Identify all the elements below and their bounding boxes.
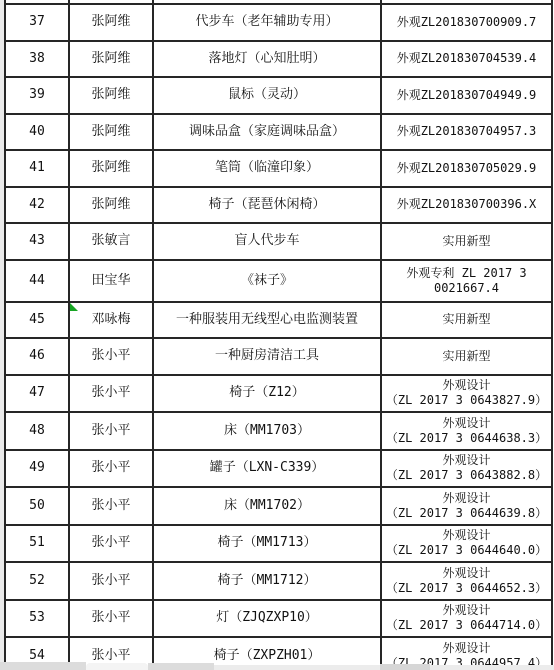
cell-no[interactable]: 49 (5, 450, 69, 488)
patent-table-body: 37 张阿维 代步车（老年辅助专用） 外观ZL201830700909.7 38… (5, 0, 552, 670)
name-text: 张阿维 (91, 14, 130, 29)
patent-text-line1: 外观ZL201830705029.9 (382, 161, 551, 176)
patent-text-line1: 外观设计 (382, 491, 551, 506)
cell-item[interactable]: 椅子（MM1712） (153, 562, 381, 600)
cell-item[interactable]: 椅子（MM1713） (153, 525, 381, 563)
name-text: 邓咏梅 (91, 312, 130, 327)
table-row: 51 张小平 椅子（MM1713） 外观设计 （ZL 2017 3 064464… (5, 525, 552, 563)
table-row: 53 张小平 灯（ZJQZXP10） 外观设计 （ZL 2017 3 06447… (5, 600, 552, 638)
patent-text-line2: （ZL 2017 3 0644638.3） (382, 431, 551, 446)
table-row: 45 邓咏梅 一种服装用无线型心电监测装置 实用新型 (5, 302, 552, 339)
cell-no[interactable]: 47 (5, 375, 69, 413)
patent-text-line1: 外观ZL201830700909.7 (382, 15, 551, 30)
patent-text-line1: 外观设计 (382, 528, 551, 543)
cell-name[interactable]: 张小平 (69, 450, 153, 488)
cell-item[interactable]: 代步车（老年辅助专用） (153, 4, 381, 41)
cell-name[interactable]: 张小平 (69, 375, 153, 413)
patent-text-line1: 外观ZL201830704539.4 (382, 51, 551, 66)
patent-text-line2: （ZL 2017 3 0644639.8） (382, 506, 551, 521)
bottom-edge-artifact (148, 663, 214, 670)
cell-item[interactable]: 一种厨房清洁工具 (153, 338, 381, 375)
cell-no[interactable]: 39 (5, 77, 69, 114)
name-text: 张阿维 (91, 160, 130, 175)
cell-patent[interactable]: 外观设计 （ZL 2017 3 0644640.0） (381, 525, 552, 563)
cell-item[interactable]: 鼠标（灵动） (153, 77, 381, 114)
patent-text-line1: 外观设计 (382, 641, 551, 656)
patent-text-line1: 实用新型 (382, 349, 551, 364)
name-text: 张小平 (91, 423, 130, 438)
cell-no[interactable]: 37 (5, 4, 69, 41)
table-row: 42 张阿维 椅子（琵琶休闲椅） 外观ZL201830700396.X (5, 187, 552, 224)
cell-name[interactable]: 张阿维 (69, 41, 153, 78)
patent-text-line1: 外观设计 (382, 416, 551, 431)
cell-item[interactable]: 一种服装用无线型心电监测装置 (153, 302, 381, 339)
table-row: 37 张阿维 代步车（老年辅助专用） 外观ZL201830700909.7 (5, 4, 552, 41)
cell-patent[interactable]: 外观ZL201830704957.3 (381, 114, 552, 151)
table-row: 44 田宝华 《袜子》 外观专利 ZL 2017 3 0021667.4 (5, 260, 552, 302)
cell-patent[interactable]: 外观ZL201830704539.4 (381, 41, 552, 78)
patent-text-line2: （ZL 2017 3 0644652.3） (382, 581, 551, 596)
patent-text-line1: 实用新型 (382, 234, 551, 249)
cell-patent[interactable]: 外观设计 （ZL 2017 3 0644652.3） (381, 562, 552, 600)
patent-text-line1: 外观设计 (382, 603, 551, 618)
patent-text-line1: 外观ZL201830704949.9 (382, 88, 551, 103)
patent-text-line1: 外观专利 ZL 2017 3 (382, 266, 551, 281)
cell-patent[interactable]: 外观设计 （ZL 2017 3 0644638.3） (381, 412, 552, 450)
cell-item[interactable]: 床（MM1703） (153, 412, 381, 450)
table-row: 38 张阿维 落地灯（心知肚明） 外观ZL201830704539.4 (5, 41, 552, 78)
table-row: 41 张阿维 笔筒（临潼印象） 外观ZL201830705029.9 (5, 150, 552, 187)
table-row: 50 张小平 床（MM1702） 外观设计 （ZL 2017 3 0644639… (5, 487, 552, 525)
cell-name[interactable]: 田宝华 (69, 260, 153, 302)
cell-name[interactable]: 邓咏梅 (69, 302, 153, 339)
cell-name[interactable]: 张小平 (69, 600, 153, 638)
name-text: 张小平 (91, 498, 130, 513)
cell-patent[interactable]: 外观ZL201830700396.X (381, 187, 552, 224)
name-text: 张阿维 (91, 87, 130, 102)
cell-item[interactable]: 椅子（琵琶休闲椅） (153, 187, 381, 224)
cell-name[interactable]: 张阿维 (69, 150, 153, 187)
bottom-edge-artifact (214, 665, 380, 670)
cell-no[interactable]: 38 (5, 41, 69, 78)
cell-item[interactable]: 罐子（LXN-C339） (153, 450, 381, 488)
cell-no[interactable]: 51 (5, 525, 69, 563)
bottom-edge-artifact (86, 663, 148, 670)
cell-name[interactable]: 张小平 (69, 412, 153, 450)
bottom-edge-artifact (0, 662, 86, 670)
name-text: 张阿维 (91, 124, 130, 139)
table-row: 39 张阿维 鼠标（灵动） 外观ZL201830704949.9 (5, 77, 552, 114)
patent-text-line1: 实用新型 (382, 312, 551, 327)
patent-text-line2: （ZL 2017 3 0643827.9） (382, 393, 551, 408)
name-text: 张小平 (91, 460, 130, 475)
cell-item[interactable]: 床（MM1702） (153, 487, 381, 525)
cell-patent[interactable]: 外观ZL201830705029.9 (381, 150, 552, 187)
table-row: 43 张敏言 盲人代步车 实用新型 (5, 223, 552, 260)
cell-no[interactable]: 42 (5, 187, 69, 224)
patent-text-line1: 外观ZL201830704957.3 (382, 124, 551, 139)
spreadsheet-capture: 37 张阿维 代步车（老年辅助专用） 外观ZL201830700909.7 38… (0, 0, 554, 670)
cell-name[interactable]: 张阿维 (69, 187, 153, 224)
name-text: 张小平 (91, 535, 130, 550)
cell-item[interactable]: 灯（ZJQZXP10） (153, 600, 381, 638)
table-row: 46 张小平 一种厨房清洁工具 实用新型 (5, 338, 552, 375)
patent-text-line2: （ZL 2017 3 0644640.0） (382, 543, 551, 558)
cell-patent[interactable]: 外观ZL201830704949.9 (381, 77, 552, 114)
cell-patent[interactable]: 外观设计 （ZL 2017 3 0644639.8） (381, 487, 552, 525)
name-text: 张小平 (91, 385, 130, 400)
patent-text-line2: （ZL 2017 3 0643882.8） (382, 468, 551, 483)
name-text: 田宝华 (91, 273, 130, 288)
cell-no[interactable]: 46 (5, 338, 69, 375)
cell-patent[interactable]: 外观ZL201830700909.7 (381, 4, 552, 41)
cell-item[interactable]: 椅子（Z12） (153, 375, 381, 413)
cell-patent[interactable]: 实用新型 (381, 302, 552, 339)
cell-patent[interactable]: 外观专利 ZL 2017 3 0021667.4 (381, 260, 552, 302)
cell-no[interactable]: 41 (5, 150, 69, 187)
cell-no[interactable]: 48 (5, 412, 69, 450)
patent-text-line1: 外观设计 (382, 566, 551, 581)
table-row: 49 张小平 罐子（LXN-C339） 外观设计 （ZL 2017 3 0643… (5, 450, 552, 488)
name-text: 张小平 (91, 348, 130, 363)
cell-patent[interactable]: 外观设计 （ZL 2017 3 0643827.9） (381, 375, 552, 413)
cell-no[interactable]: 45 (5, 302, 69, 339)
cell-no[interactable]: 52 (5, 562, 69, 600)
cell-item[interactable]: 《袜子》 (153, 260, 381, 302)
patent-text-line1: 外观设计 (382, 453, 551, 468)
cell-patent[interactable]: 外观设计 （ZL 2017 3 0644714.0） (381, 600, 552, 638)
cell-name[interactable]: 张小平 (69, 562, 153, 600)
patent-table: 37 张阿维 代步车（老年辅助专用） 外观ZL201830700909.7 38… (4, 0, 553, 670)
cell-name[interactable]: 张阿维 (69, 4, 153, 41)
cell-no[interactable]: 43 (5, 223, 69, 260)
bottom-edge-artifact (380, 664, 430, 670)
cell-no[interactable]: 50 (5, 487, 69, 525)
patent-text-line1: 外观设计 (382, 378, 551, 393)
cell-name[interactable]: 张小平 (69, 338, 153, 375)
page-edge-strip (0, 0, 4, 670)
name-text: 张阿维 (91, 197, 130, 212)
cell-item[interactable]: 调味品盒（家庭调味品盒） (153, 114, 381, 151)
patent-text-line2: （ZL 2017 3 0644714.0） (382, 618, 551, 633)
bottom-edge-artifact (430, 665, 554, 670)
cell-no[interactable]: 40 (5, 114, 69, 151)
patent-text-line1: 外观ZL201830700396.X (382, 197, 551, 212)
table-row: 52 张小平 椅子（MM1712） 外观设计 （ZL 2017 3 064465… (5, 562, 552, 600)
cell-patent[interactable]: 实用新型 (381, 338, 552, 375)
name-text: 张阿维 (91, 51, 130, 66)
name-text: 张小平 (91, 610, 130, 625)
table-row: 47 张小平 椅子（Z12） 外观设计 （ZL 2017 3 0643827.9… (5, 375, 552, 413)
cell-name[interactable]: 张小平 (69, 487, 153, 525)
cell-no[interactable]: 44 (5, 260, 69, 302)
table-row: 48 张小平 床（MM1703） 外观设计 （ZL 2017 3 0644638… (5, 412, 552, 450)
cell-name[interactable]: 张小平 (69, 525, 153, 563)
cell-no[interactable]: 53 (5, 600, 69, 638)
cell-name[interactable]: 张阿维 (69, 114, 153, 151)
name-text: 张小平 (91, 648, 130, 663)
name-text: 张小平 (91, 573, 130, 588)
cell-patent[interactable]: 实用新型 (381, 223, 552, 260)
cell-patent[interactable]: 外观设计 （ZL 2017 3 0643882.8） (381, 450, 552, 488)
error-flag-icon (70, 303, 78, 311)
cell-item[interactable]: 笔筒（临潼印象） (153, 150, 381, 187)
name-text: 张敏言 (91, 233, 130, 248)
cell-item[interactable]: 盲人代步车 (153, 223, 381, 260)
patent-text-line2: 0021667.4 (382, 281, 551, 296)
cell-name[interactable]: 张敏言 (69, 223, 153, 260)
table-row: 40 张阿维 调味品盒（家庭调味品盒） 外观ZL201830704957.3 (5, 114, 552, 151)
cell-item[interactable]: 落地灯（心知肚明） (153, 41, 381, 78)
cell-name[interactable]: 张阿维 (69, 77, 153, 114)
